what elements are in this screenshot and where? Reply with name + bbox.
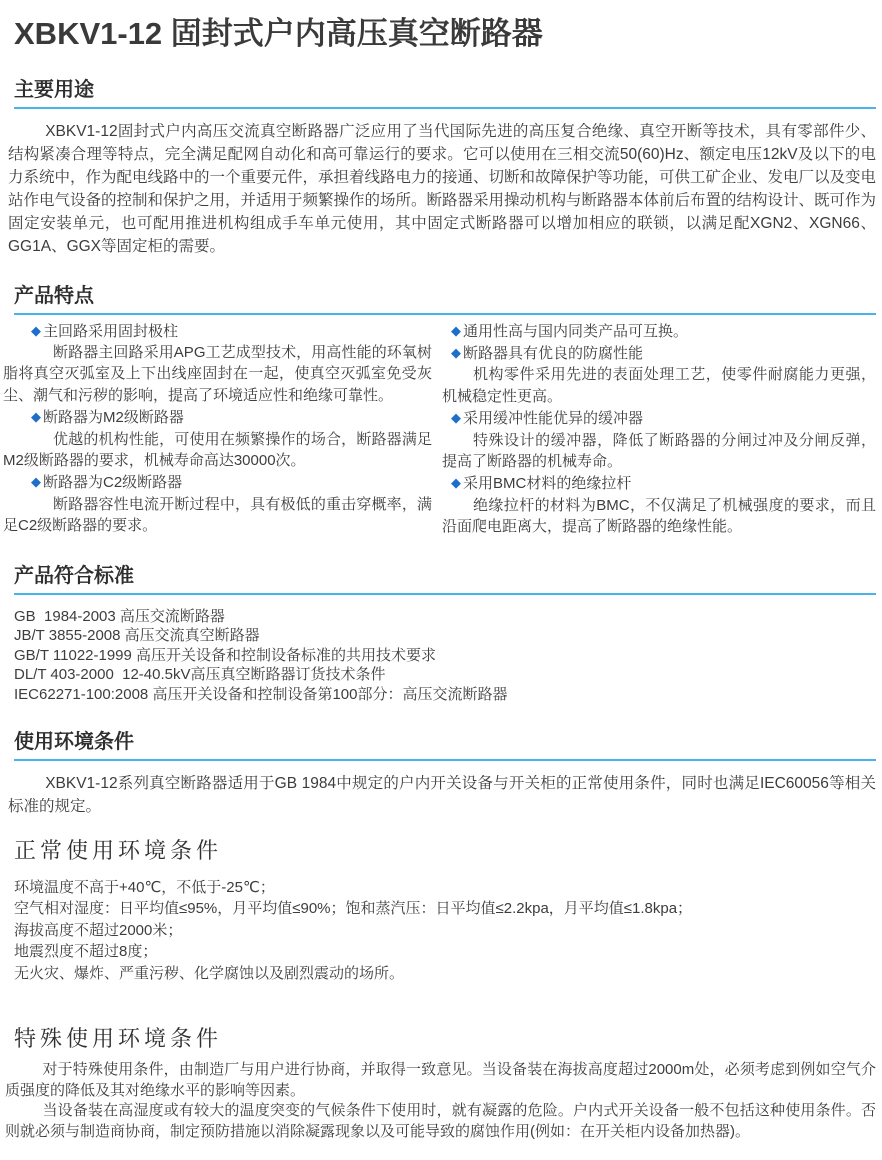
feature-item: ◆采用缓冲性能优异的缓冲器 特殊设计的缓冲器，降低了断路器的分闸过冲及分闸反弹，… [442,407,876,472]
document-page: XBKV1-12 固封式户内高压真空断路器 主要用途 XBKV1-12固封式户内… [0,0,882,1160]
feature-title-text: 断路器为C2级断路器 [43,474,182,491]
features-columns: ◆主回路采用固封极柱 断路器主回路采用APG工艺成型技术，用高性能的环氧树脂将真… [3,320,876,538]
special-env-paragraph: 对于特殊使用条件，由制造厂与用户进行协商，并取得一致意见。当设备装在海拔高度超过… [5,1060,876,1101]
feature-title: ◆断路器具有优良的防腐性能 [442,342,876,364]
standard-item: GB/T 11022-1999 高压开关设备和控制设备标准的共用技术要求 [14,646,876,666]
feature-item: ◆采用BMC材料的绝缘拉杆 绝缘拉杆的材料为BMC，不仅满足了机械强度的要求，而… [442,472,876,537]
env-condition-item: 海拔高度不超过2000米； [14,920,876,942]
diamond-bullet-icon: ◆ [451,410,461,425]
diamond-bullet-icon: ◆ [451,475,461,490]
standard-item: GB 1984-2003 高压交流断路器 [14,607,876,627]
feature-title: ◆采用BMC材料的绝缘拉杆 [442,472,876,494]
sub-heading-normal-env: 正常使用环境条件 [14,838,876,864]
main-use-paragraph: XBKV1-12固封式户内高压交流真空断路器广泛应用了当代国际先进的高压复合绝缘… [8,120,876,258]
feature-title: ◆主回路采用固封极柱 [3,320,432,342]
normal-env-list: 环境温度不高于+40℃，不低于-25℃； 空气相对湿度：日平均值≤95%，月平均… [14,877,876,985]
features-right-column: ◆通用性高与国内同类产品可互换。 ◆断路器具有优良的防腐性能 机构零件采用先进的… [442,320,876,538]
environment-paragraph: XBKV1-12系列真空断路器适用于GB 1984中规定的户内开关设备与开关柜的… [8,772,876,818]
feature-title: ◆通用性高与国内同类产品可互换。 [442,320,876,342]
feature-body: 优越的机构性能，可使用在频繁操作的场合，断路器满足M2级断路器的要求，机械寿命高… [3,429,432,472]
standard-item: JB/T 3855-2008 高压交流真空断路器 [14,626,876,646]
feature-title-text: 通用性高与国内同类产品可互换。 [463,323,688,340]
feature-body: 特殊设计的缓冲器，降低了断路器的分闸过冲及分闸反弹，提高了断路器的机械寿命。 [442,430,876,473]
standards-list: GB 1984-2003 高压交流断路器 JB/T 3855-2008 高压交流… [14,607,876,705]
feature-title-text: 采用BMC材料的绝缘拉杆 [463,475,631,492]
feature-body: 断路器主回路采用APG工艺成型技术，用高性能的环氧树脂将真空灭弧室及上下出线座固… [3,342,432,406]
special-env-paragraph: 当设备装在高湿度或有较大的温度突变的气候条件下使用时，就有凝露的危险。户内式开关… [5,1101,876,1142]
env-condition-item: 环境温度不高于+40℃，不低于-25℃； [14,877,876,899]
feature-body: 断路器容性电流开断过程中，具有极低的重击穿概率，满足C2级断路器的要求。 [3,494,432,537]
section-heading-environment: 使用环境条件 [14,731,876,761]
env-condition-item: 地震烈度不超过8度； [14,941,876,963]
feature-title-text: 主回路采用固封极柱 [43,323,178,340]
feature-body: 绝缘拉杆的材料为BMC，不仅满足了机械强度的要求，而且沿面爬电距离大，提高了断路… [442,495,876,538]
sub-heading-special-env: 特殊使用环境条件 [14,1026,876,1052]
feature-title-text: 断路器为M2级断路器 [43,409,184,426]
page-title: XBKV1-12 固封式户内高压真空断路器 [14,16,876,52]
section-heading-standards: 产品符合标准 [14,565,876,595]
feature-title: ◆采用缓冲性能优异的缓冲器 [442,407,876,429]
env-condition-item: 空气相对湿度：日平均值≤95%，月平均值≤90%；饱和蒸汽压：日平均值≤2.2k… [14,898,876,920]
feature-item: ◆断路器具有优良的防腐性能 机构零件采用先进的表面处理工艺，使零件耐腐能力更强，… [442,342,876,407]
section-heading-main-use: 主要用途 [14,79,876,109]
feature-title-text: 断路器具有优良的防腐性能 [463,345,643,362]
diamond-bullet-icon: ◆ [31,323,41,338]
special-env-paragraphs: 对于特殊使用条件，由制造厂与用户进行协商，并取得一致意见。当设备装在海拔高度超过… [14,1060,876,1142]
diamond-bullet-icon: ◆ [451,345,461,360]
feature-body: 机构零件采用先进的表面处理工艺，使零件耐腐能力更强，机械稳定性更高。 [442,364,876,407]
features-left-column: ◆主回路采用固封极柱 断路器主回路采用APG工艺成型技术，用高性能的环氧树脂将真… [3,320,432,538]
diamond-bullet-icon: ◆ [31,409,41,424]
section-heading-features: 产品特点 [14,285,876,315]
standard-item: DL/T 403-2000 12-40.5kV高压真空断路器订货技术条件 [14,665,876,685]
env-condition-item: 无火灾、爆炸、严重污秽、化学腐蚀以及剧烈震动的场所。 [14,963,876,985]
standard-item: IEC62271-100:2008 高压开关设备和控制设备第100部分：高压交流… [14,685,876,705]
feature-item: ◆断路器为M2级断路器 优越的机构性能，可使用在频繁操作的场合，断路器满足M2级… [3,406,432,471]
feature-title: ◆断路器为C2级断路器 [3,471,432,493]
feature-title: ◆断路器为M2级断路器 [3,406,432,428]
feature-item: ◆断路器为C2级断路器 断路器容性电流开断过程中，具有极低的重击穿概率，满足C2… [3,471,432,536]
feature-item: ◆通用性高与国内同类产品可互换。 [442,320,876,342]
feature-item: ◆主回路采用固封极柱 断路器主回路采用APG工艺成型技术，用高性能的环氧树脂将真… [3,320,432,407]
diamond-bullet-icon: ◆ [31,474,41,489]
diamond-bullet-icon: ◆ [451,323,461,338]
feature-title-text: 采用缓冲性能优异的缓冲器 [463,410,643,427]
